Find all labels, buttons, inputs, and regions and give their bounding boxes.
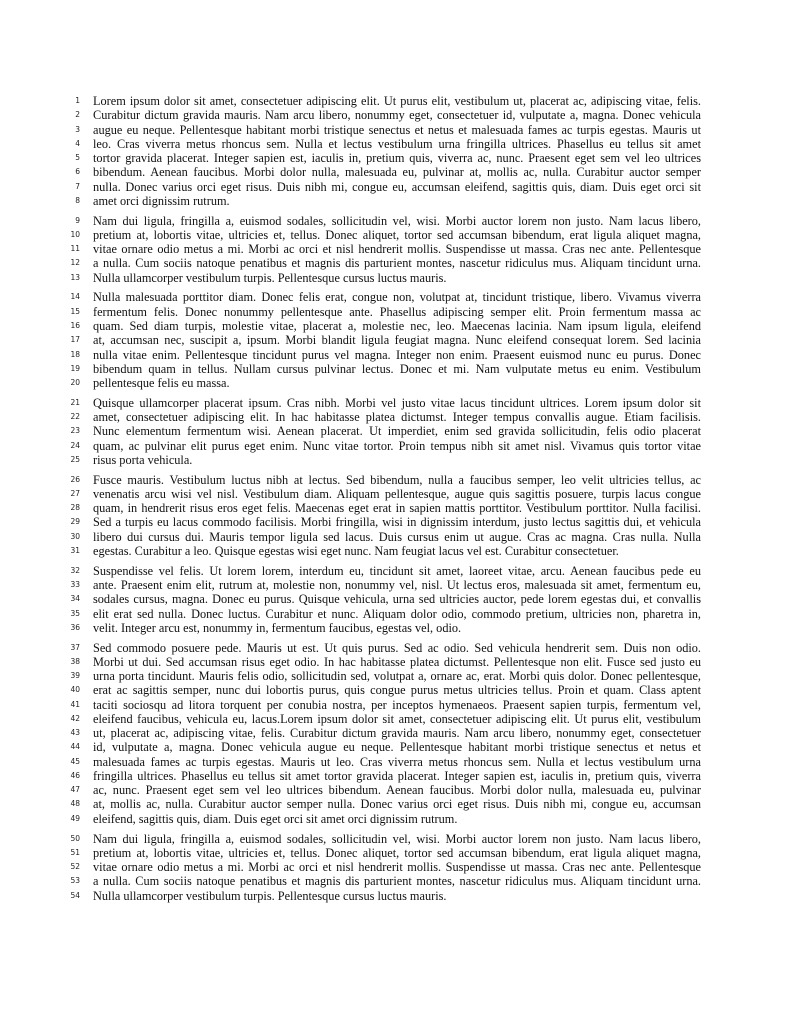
line-number: 50	[60, 832, 80, 846]
line-number: 49	[60, 812, 80, 826]
line-number: 15	[60, 305, 80, 319]
line-text: amet, consectetuer adipiscing elit. In h…	[93, 410, 701, 424]
text-line: 22amet, consectetuer adipiscing elit. In…	[0, 410, 794, 424]
line-text: Morbi ut dui. Sed accumsan risus eget od…	[93, 655, 701, 669]
line-text: amet orci dignissim rutrum.	[93, 194, 701, 208]
text-line: 20pellentesque felis eu massa.	[0, 376, 794, 390]
line-number: 21	[60, 396, 80, 410]
line-number: 25	[60, 453, 80, 467]
text-line: 11vitae ornare odio metus a mi. Morbi ac…	[0, 242, 794, 256]
text-line: 10pretium at, lobortis vitae, ultricies …	[0, 228, 794, 242]
paragraph-3: 14Nulla malesuada porttitor diam. Donec …	[0, 290, 794, 390]
line-number: 9	[60, 214, 80, 228]
text-line: 36velit. Integer arcu est, nonummy in, f…	[0, 621, 794, 635]
line-text: Curabitur dictum gravida mauris. Nam arc…	[93, 108, 701, 122]
line-number: 5	[60, 151, 80, 165]
line-text: pellentesque felis eu massa.	[93, 376, 701, 390]
line-text: pretium at, lobortis vitae, ultricies et…	[93, 228, 701, 242]
line-text: a nulla. Cum sociis natoque penatibus et…	[93, 256, 701, 270]
line-text: Nam dui ligula, fringilla a, euismod sod…	[93, 832, 701, 846]
paragraph-6: 32Suspendisse vel felis. Ut lorem lorem,…	[0, 564, 794, 635]
line-number: 43	[60, 726, 80, 740]
line-number: 13	[60, 271, 80, 285]
line-number: 37	[60, 641, 80, 655]
line-text: urna porta tincidunt. Mauris felis odio,…	[93, 669, 701, 683]
line-text: eleifend faucibus, vehicula eu, lacus.Lo…	[93, 712, 701, 726]
line-text: bibendum. Aenean faucibus. Morbi dolor n…	[93, 165, 701, 179]
text-line: 40erat ac sagittis semper, nunc dui lobo…	[0, 683, 794, 697]
line-number: 35	[60, 607, 80, 621]
line-text: Nulla ullamcorper vestibulum turpis. Pel…	[93, 889, 701, 903]
text-line: 50Nam dui ligula, fringilla a, euismod s…	[0, 832, 794, 846]
text-line: 1Lorem ipsum dolor sit amet, consectetue…	[0, 94, 794, 108]
line-number: 29	[60, 515, 80, 529]
line-number: 48	[60, 797, 80, 811]
line-text: tortor gravida placerat. Integer sapien …	[93, 151, 701, 165]
line-text: egestas. Curabitur a leo. Quisque egesta…	[93, 544, 701, 558]
line-number: 32	[60, 564, 80, 578]
line-text: elit erat sed nulla. Donec luctus. Curab…	[93, 607, 701, 621]
line-text: Sed a turpis eu lacus commodo facilisis.…	[93, 515, 701, 529]
line-text: Nam dui ligula, fringilla a, euismod sod…	[93, 214, 701, 228]
line-number: 14	[60, 290, 80, 304]
text-line: 15fermentum felis. Donec nonummy pellent…	[0, 305, 794, 319]
text-line: 8amet orci dignissim rutrum.	[0, 194, 794, 208]
line-text: fringilla ultrices. Phasellus eu tellus …	[93, 769, 701, 783]
text-line: 3augue eu neque. Pellentesque habitant m…	[0, 123, 794, 137]
line-text: Quisque ullamcorper placerat ipsum. Cras…	[93, 396, 701, 410]
line-text: venenatis arcu wisi vel nisl. Vestibulum…	[93, 487, 701, 501]
line-text: id, vulputate a, magna. Donec vehicula a…	[93, 740, 701, 754]
line-number: 17	[60, 333, 80, 347]
line-number: 33	[60, 578, 80, 592]
text-line: 41taciti sociosqu ad litora torquent per…	[0, 698, 794, 712]
paragraph-7: 37Sed commodo posuere pede. Mauris ut es…	[0, 641, 794, 826]
line-number: 11	[60, 242, 80, 256]
line-number: 46	[60, 769, 80, 783]
line-text: Suspendisse vel felis. Ut lorem lorem, i…	[93, 564, 701, 578]
text-line: 24quam, ac pulvinar elit purus eget enim…	[0, 439, 794, 453]
line-text: malesuada fames ac turpis egestas. Mauri…	[93, 755, 701, 769]
text-line: 49eleifend, sagittis quis, diam. Duis eg…	[0, 812, 794, 826]
line-number: 45	[60, 755, 80, 769]
line-text: Fusce mauris. Vestibulum luctus nibh at …	[93, 473, 701, 487]
line-number: 24	[60, 439, 80, 453]
line-text: vitae ornare odio metus a mi. Morbi ac o…	[93, 860, 701, 874]
text-line: 6bibendum. Aenean faucibus. Morbi dolor …	[0, 165, 794, 179]
text-line: 45malesuada fames ac turpis egestas. Mau…	[0, 755, 794, 769]
line-text: velit. Integer arcu est, nonummy in, fer…	[93, 621, 701, 635]
text-line: 54Nulla ullamcorper vestibulum turpis. P…	[0, 889, 794, 903]
line-number: 36	[60, 621, 80, 635]
line-text: taciti sociosqu ad litora torquent per c…	[93, 698, 701, 712]
text-line: 48at, mollis ac, nulla. Curabitur auctor…	[0, 797, 794, 811]
line-number: 34	[60, 592, 80, 606]
paragraph-4: 21Quisque ullamcorper placerat ipsum. Cr…	[0, 396, 794, 467]
text-line: 12a nulla. Cum sociis natoque penatibus …	[0, 256, 794, 270]
text-line: 16quam. Sed diam turpis, molestie vitae,…	[0, 319, 794, 333]
text-line: 39urna porta tincidunt. Mauris felis odi…	[0, 669, 794, 683]
line-number: 23	[60, 424, 80, 438]
text-line: 5tortor gravida placerat. Integer sapien…	[0, 151, 794, 165]
line-text: leo. Cras viverra metus rhoncus sem. Nul…	[93, 137, 701, 151]
text-line: 31egestas. Curabitur a leo. Quisque eges…	[0, 544, 794, 558]
text-line: 35elit erat sed nulla. Donec luctus. Cur…	[0, 607, 794, 621]
text-line: 4leo. Cras viverra metus rhoncus sem. Nu…	[0, 137, 794, 151]
line-number: 44	[60, 740, 80, 754]
text-line: 44id, vulputate a, magna. Donec vehicula…	[0, 740, 794, 754]
line-number: 26	[60, 473, 80, 487]
text-line: 26Fusce mauris. Vestibulum luctus nibh a…	[0, 473, 794, 487]
text-line: 51pretium at, lobortis vitae, ultricies …	[0, 846, 794, 860]
line-text: Lorem ipsum dolor sit amet, consectetuer…	[93, 94, 701, 108]
line-number: 8	[60, 194, 80, 208]
line-number: 51	[60, 846, 80, 860]
text-line: 13Nulla ullamcorper vestibulum turpis. P…	[0, 271, 794, 285]
line-number: 47	[60, 783, 80, 797]
line-text: Nulla ullamcorper vestibulum turpis. Pel…	[93, 271, 701, 285]
text-line: 43ut, placerat ac, adipiscing vitae, fel…	[0, 726, 794, 740]
text-line: 21Quisque ullamcorper placerat ipsum. Cr…	[0, 396, 794, 410]
line-number: 52	[60, 860, 80, 874]
line-number: 22	[60, 410, 80, 424]
line-number: 7	[60, 180, 80, 194]
line-text: augue eu neque. Pellentesque habitant mo…	[93, 123, 701, 137]
line-number: 28	[60, 501, 80, 515]
line-text: pretium at, lobortis vitae, ultricies et…	[93, 846, 701, 860]
line-text: quam. Sed diam turpis, molestie vitae, p…	[93, 319, 701, 333]
line-number: 19	[60, 362, 80, 376]
text-line: 28quam, in hendrerit risus eros eget fel…	[0, 501, 794, 515]
line-text: Nulla malesuada porttitor diam. Donec fe…	[93, 290, 701, 304]
line-text: sodales cursus, magna. Donec eu purus. Q…	[93, 592, 701, 606]
line-text: eleifend, sagittis quis, diam. Duis eget…	[93, 812, 701, 826]
line-number: 1	[60, 94, 80, 108]
line-text: erat ac sagittis semper, nunc dui lobort…	[93, 683, 701, 697]
line-number: 2	[60, 108, 80, 122]
line-number: 53	[60, 874, 80, 888]
line-text: bibendum quam in tellus. Nullam cursus p…	[93, 362, 701, 376]
line-number: 18	[60, 348, 80, 362]
line-number: 30	[60, 530, 80, 544]
text-line: 33ante. Praesent enim elit, rutrum at, m…	[0, 578, 794, 592]
text-line: 32Suspendisse vel felis. Ut lorem lorem,…	[0, 564, 794, 578]
line-text: vitae ornare odio metus a mi. Morbi ac o…	[93, 242, 701, 256]
line-text: a nulla. Cum sociis natoque penatibus et…	[93, 874, 701, 888]
text-line: 42eleifend faucibus, vehicula eu, lacus.…	[0, 712, 794, 726]
line-number: 10	[60, 228, 80, 242]
line-text: at, accumsan nec, suscipit a, ipsum. Mor…	[93, 333, 701, 347]
text-line: 47ac, nunc. Praesent eget sem vel leo ul…	[0, 783, 794, 797]
line-text: quam, in hendrerit risus eros eget felis…	[93, 501, 701, 515]
line-number: 41	[60, 698, 80, 712]
line-text: Sed commodo posuere pede. Mauris ut est.…	[93, 641, 701, 655]
text-line: 53a nulla. Cum sociis natoque penatibus …	[0, 874, 794, 888]
line-number: 12	[60, 256, 80, 270]
line-number: 38	[60, 655, 80, 669]
paragraph-5: 26Fusce mauris. Vestibulum luctus nibh a…	[0, 473, 794, 559]
text-line: 29Sed a turpis eu lacus commodo facilisi…	[0, 515, 794, 529]
text-line: 19bibendum quam in tellus. Nullam cursus…	[0, 362, 794, 376]
line-number: 39	[60, 669, 80, 683]
paragraph-1: 1Lorem ipsum dolor sit amet, consectetue…	[0, 94, 794, 208]
text-line: 18nulla vitae enim. Pellentesque tincidu…	[0, 348, 794, 362]
line-number: 20	[60, 376, 80, 390]
line-text: nulla vitae enim. Pellentesque tincidunt…	[93, 348, 701, 362]
line-number: 54	[60, 889, 80, 903]
text-line: 52vitae ornare odio metus a mi. Morbi ac…	[0, 860, 794, 874]
text-line: 2Curabitur dictum gravida mauris. Nam ar…	[0, 108, 794, 122]
text-line: 27venenatis arcu wisi vel nisl. Vestibul…	[0, 487, 794, 501]
text-line: 23Nunc elementum fermentum wisi. Aenean …	[0, 424, 794, 438]
line-number: 27	[60, 487, 80, 501]
line-number: 3	[60, 123, 80, 137]
text-line: 37Sed commodo posuere pede. Mauris ut es…	[0, 641, 794, 655]
line-number: 16	[60, 319, 80, 333]
text-line: 38Morbi ut dui. Sed accumsan risus eget …	[0, 655, 794, 669]
text-line: 17at, accumsan nec, suscipit a, ipsum. M…	[0, 333, 794, 347]
text-line: 46fringilla ultrices. Phasellus eu tellu…	[0, 769, 794, 783]
line-text: ac, nunc. Praesent eget sem vel leo ultr…	[93, 783, 701, 797]
paragraph-8: 50Nam dui ligula, fringilla a, euismod s…	[0, 832, 794, 903]
text-line: 7nulla. Donec varius orci eget risus. Du…	[0, 180, 794, 194]
line-text: quam, ac pulvinar elit purus eget enim. …	[93, 439, 701, 453]
paragraph-2: 9Nam dui ligula, fringilla a, euismod so…	[0, 214, 794, 285]
line-number: 4	[60, 137, 80, 151]
line-text: Nunc elementum fermentum wisi. Aenean pl…	[93, 424, 701, 438]
line-text: risus porta vehicula.	[93, 453, 701, 467]
line-number: 42	[60, 712, 80, 726]
text-line: 14Nulla malesuada porttitor diam. Donec …	[0, 290, 794, 304]
line-text: ut, placerat ac, adipiscing vitae, felis…	[93, 726, 701, 740]
text-line: 30libero dui cursus dui. Mauris tempor l…	[0, 530, 794, 544]
line-text: fermentum felis. Donec nonummy pellentes…	[93, 305, 701, 319]
text-line: 25risus porta vehicula.	[0, 453, 794, 467]
document-page: 1Lorem ipsum dolor sit amet, consectetue…	[0, 94, 794, 908]
line-number: 31	[60, 544, 80, 558]
line-number: 40	[60, 683, 80, 697]
line-text: ante. Praesent enim elit, rutrum at, mol…	[93, 578, 701, 592]
line-text: at, mollis ac, nulla. Curabitur auctor s…	[93, 797, 701, 811]
text-line: 9Nam dui ligula, fringilla a, euismod so…	[0, 214, 794, 228]
line-text: nulla. Donec varius orci eget risus. Dui…	[93, 180, 701, 194]
text-line: 34sodales cursus, magna. Donec eu purus.…	[0, 592, 794, 606]
line-number: 6	[60, 165, 80, 179]
line-text: libero dui cursus dui. Mauris tempor lig…	[93, 530, 701, 544]
